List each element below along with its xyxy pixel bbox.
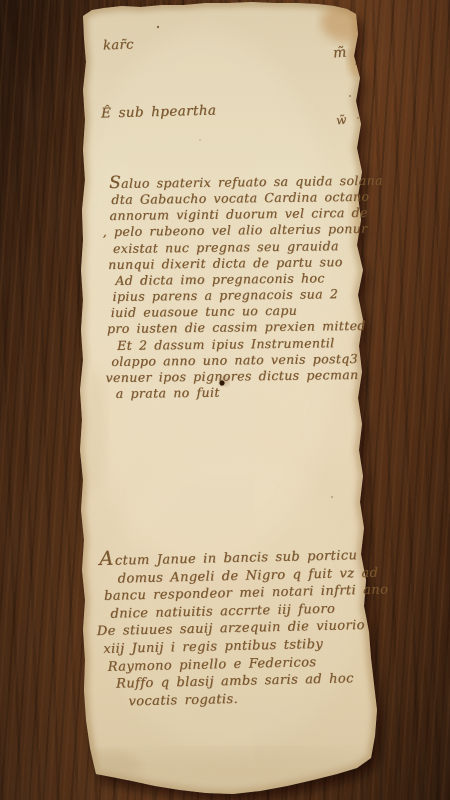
handwriting-layer: kar̃c m̃ Ê sub hpeartha w̃ Saluo spateri…: [0, 0, 450, 800]
actum-text-block: Actum Janue in bancis sub porticu domus …: [99, 543, 391, 711]
manuscript-line: , pelo rubeono vel alio alterius ponur: [103, 221, 384, 241]
manuscript-line: nunqui dixerit dicta de partu suo: [108, 253, 384, 273]
flourish-mark-top-right: m̃: [332, 44, 347, 61]
main-text-block: Saluo spaterix refuato sa quida solana d…: [109, 171, 386, 403]
manuscript-photo: kar̃c m̃ Ê sub hpeartha w̃ Saluo spateri…: [0, 0, 450, 800]
flourish-mark-subtitle-right: w̃: [335, 112, 347, 127]
manuscript-line: pro iusten die cassim prexien mitted: [107, 318, 385, 338]
manuscript-line: venuer ipos pignores dictus pecman: [105, 367, 385, 387]
manuscript-line: a prata no fuit: [116, 383, 386, 402]
archival-annotation-top-left: kar̃c: [103, 37, 134, 53]
archival-annotation-subtitle: Ê sub hpeartha: [101, 102, 217, 121]
